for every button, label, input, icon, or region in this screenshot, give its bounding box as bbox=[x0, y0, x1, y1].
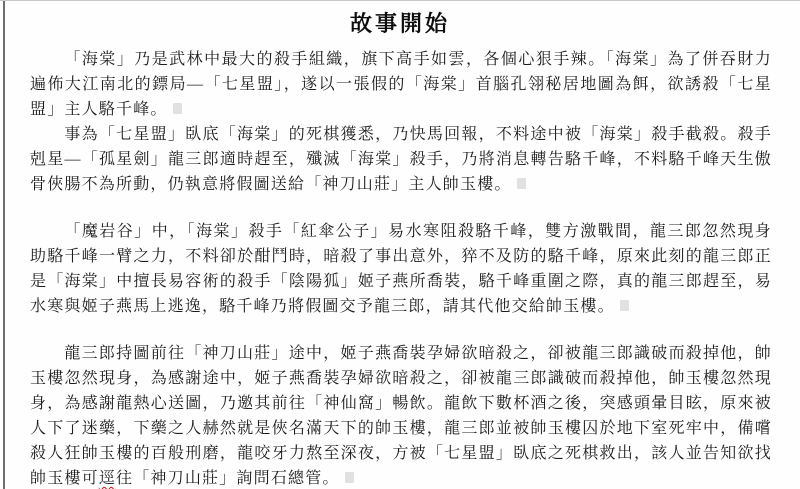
spellcheck-underlined-word: 逕 bbox=[99, 470, 116, 487]
paragraph-1-text: 「海棠」乃是武林中最大的殺手組織，旗下高手如雲，各個心狠手辣。「海棠」為了併吞財… bbox=[30, 51, 772, 118]
story-paragraph-2: 事為「七星盟」臥底「海棠」的死棋獲悉，乃快馬回報，不料途中被「海棠」殺手截殺。殺… bbox=[30, 122, 772, 197]
story-paragraph-4: 龍三郎持圖前往「神刀山莊」途中，姬子燕喬裝孕婦欲暗殺之，卻被龍三郎識破而殺掉他，… bbox=[30, 341, 772, 489]
story-paragraph-1: 「海棠」乃是武林中最大的殺手組織，旗下高手如雲，各個心狠手辣。「海棠」為了併吞財… bbox=[30, 47, 772, 122]
paragraph-mark-icon bbox=[345, 472, 354, 483]
page-left-border bbox=[3, 1, 5, 489]
paragraph-4-text-after: 往「神刀山莊」詢問石總管。 bbox=[116, 470, 340, 487]
story-paragraph-3: 「魔岩谷」中，「海棠」殺手「紅傘公子」易水寒阻殺駱千峰，雙方激戰間，龍三郎忽然現… bbox=[30, 219, 772, 319]
paragraph-mark-icon bbox=[517, 178, 526, 189]
document-page: 故事開始 「海棠」乃是武林中最大的殺手組織，旗下高手如雲，各個心狠手辣。「海棠」… bbox=[0, 0, 800, 489]
page-title: 故事開始 bbox=[0, 10, 800, 37]
paragraph-2-text: 事為「七星盟」臥底「海棠」的死棋獲悉，乃快馬回報，不料途中被「海棠」殺手截殺。殺… bbox=[30, 126, 772, 193]
paragraph-4-text-before: 龍三郎持圖前往「神刀山莊」途中，姬子燕喬裝孕婦欲暗殺之，卻被龍三郎識破而殺掉他，… bbox=[30, 345, 772, 487]
paragraph-mark-icon bbox=[173, 103, 182, 114]
paragraph-mark-icon bbox=[620, 300, 629, 311]
paragraph-3-text: 「魔岩谷」中，「海棠」殺手「紅傘公子」易水寒阻殺駱千峰，雙方激戰間，龍三郎忽然現… bbox=[30, 223, 772, 315]
